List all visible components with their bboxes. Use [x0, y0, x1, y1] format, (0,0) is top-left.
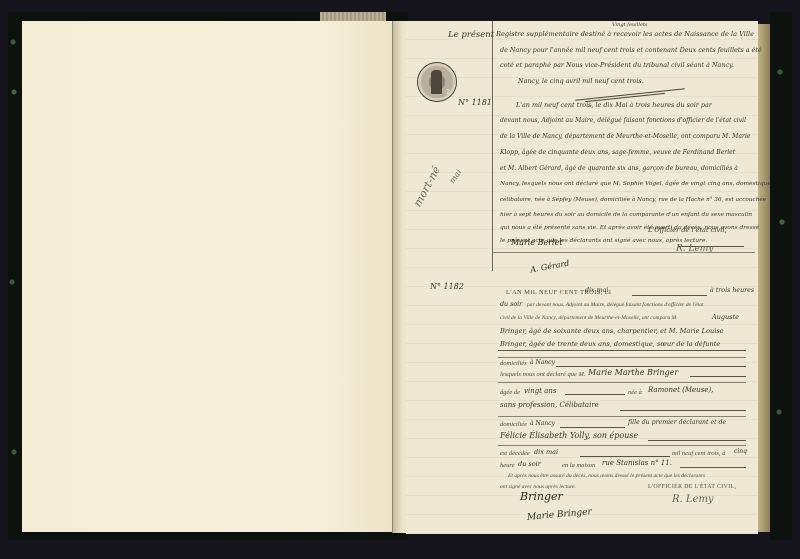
marginal-note: Vingt feuillets [612, 22, 648, 28]
left-page [22, 21, 393, 532]
entry-1-line-4: Klopp, âgée de cinquante deux ans, sage-… [500, 149, 735, 156]
rule [498, 416, 746, 417]
book-cover-right [770, 12, 792, 540]
entry-2-parents-label: fille du premier déclarant et de [628, 419, 726, 426]
rule [556, 366, 746, 367]
header-line-2: de Nancy pour l'année mil neuf cent troi… [500, 46, 762, 54]
signature-bringer: Bringer [520, 490, 563, 503]
entry-2-death-label: est décédée [500, 450, 530, 457]
rule [498, 357, 746, 358]
page-edges [758, 24, 770, 532]
entry-1-line-7: célibataire, née à Sépfey (Meuse), domic… [500, 197, 766, 203]
entry-2-printed-line-3: civil de la Ville de Nancy, département … [500, 315, 678, 321]
header-opening: Le présent [448, 30, 494, 40]
rule [565, 394, 625, 395]
entry-2-officer-label: L'OFFICIER DE L'ÉTAT CIVIL, [648, 484, 736, 490]
entry-2-printed-line-2: par devant nous, Adjoint au Maire, délég… [527, 302, 704, 308]
entry-1-line-1: L'an mil neuf cent trois, le dix Mai à t… [516, 101, 712, 109]
entry-2-death-hour-label: heure [500, 462, 515, 469]
entry-1-line-8: hier à sept heures du soir au domicile d… [500, 212, 752, 218]
rule [690, 376, 746, 377]
entry-2-declared-label: lesquels nous ont déclaré que M. [500, 371, 586, 378]
entry-1-line-6: Nancy, lesquels nous ont déclaré que M. … [500, 181, 771, 187]
entry-1-bottom-rule [493, 252, 755, 253]
revenue-stamp-icon: 2 [417, 62, 457, 102]
entry-2-line-4: Bringer, âgé de soixante deux ans, charp… [500, 327, 724, 335]
gutter [392, 21, 407, 533]
rule [620, 410, 746, 411]
entry-2-place-value: rue Stanislas n° 11. [602, 459, 672, 467]
rule [680, 467, 746, 468]
header-line-1: Registre supplémentaire destiné à recevo… [496, 30, 754, 38]
entry-1-line-5: et M. Albert Gérard, âgé de quarante six… [500, 165, 738, 172]
entry-2-domicile2-label: domiciliée [500, 421, 527, 428]
entry-2-born-value: Ramonet (Meuse), [648, 386, 713, 394]
stamp-figure-icon [431, 70, 442, 94]
entry-2-comparant-1: Auguste [712, 313, 739, 321]
rule [498, 350, 746, 351]
rule [648, 440, 746, 441]
entry-2-hour-cont: du soir [500, 301, 522, 308]
entry-2-death-hour: cinq [734, 448, 747, 455]
entry-1-officer-label: L'Officier de l'état civil, [648, 226, 727, 234]
entry-2-domicile-value: à Nancy [530, 359, 555, 366]
entry-2-hour: à trois heures [710, 287, 754, 294]
entry-2-death-time: du soir [518, 460, 541, 468]
entry-2-domicile-label: domiciliés [500, 360, 527, 367]
rule [560, 427, 625, 428]
entry-2-line-5: Bringer, âgée de trente deux ans, domest… [500, 340, 720, 348]
rule [498, 445, 746, 446]
entry-2-closing-line-1: Et après nous être assuré du décès, nous… [508, 473, 705, 479]
entry-2-death-day: dix mai [534, 448, 558, 456]
entry-2-death-year-label: mil neuf cent trois, à [672, 450, 725, 457]
entry-2-number: N° 1182 [430, 282, 464, 291]
entry-2-born-label: née à [628, 389, 642, 396]
rule [580, 456, 670, 457]
rule [498, 382, 746, 383]
entry-1-line-2: devant nous, Adjoint au Maire, délégué f… [500, 117, 746, 124]
header-place-date: Nancy, le cinq avril mil neuf cent trois… [518, 77, 644, 85]
entry-2-domicile2-value: à Nancy [530, 420, 555, 427]
margin-rule [492, 21, 493, 271]
signature-marie-berlet: Marie Berlet [511, 238, 563, 247]
entry-2-deceased-name: Marie Marthe Bringer [588, 368, 678, 377]
entry-2-age-label: âgée de [500, 389, 520, 396]
officer-signature-2: R. Lemy [672, 494, 714, 505]
rule [632, 295, 707, 296]
entry-2-age-value: vingt ans [524, 387, 557, 395]
entry-1-line-3: de la Ville de Nancy, département de Meu… [500, 133, 751, 140]
entry-2-parents-value: Félicie Élisabeth Yolly, son épouse [500, 431, 638, 440]
officer-signature-1: R. Lemy [676, 244, 713, 254]
entry-2-place-label: en la maison [562, 462, 595, 469]
entry-2-profession: sans profession, Célibataire [500, 401, 599, 409]
entry-1-number: N° 1181 [458, 98, 492, 107]
entry-2-day: dix mai [585, 287, 608, 294]
stamp-number: 2 [446, 89, 450, 96]
header-line-3: coté et paraphé par Nous vice-Président … [500, 61, 734, 69]
